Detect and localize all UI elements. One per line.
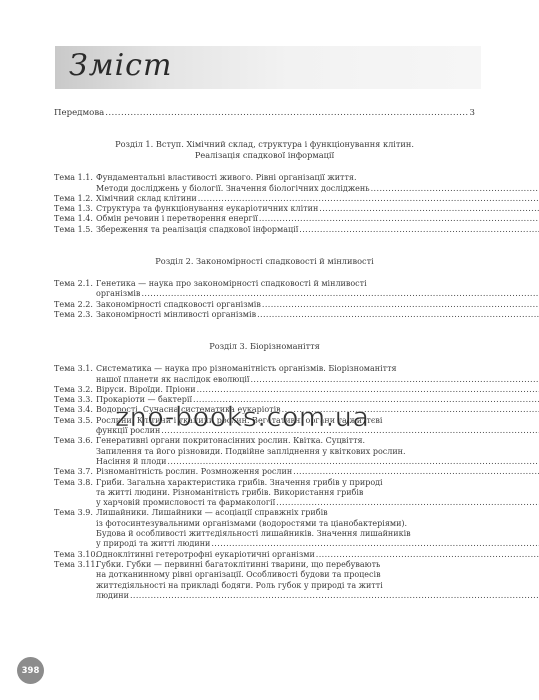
leader-dots bbox=[257, 310, 539, 320]
topic-title: Обмін речовин і перетворення енергії107 bbox=[96, 214, 539, 224]
topic-title-line: Гриби. Загальна характеристика грибів. З… bbox=[96, 478, 539, 488]
toc-entry-topic[interactable]: Тема 1.5.Збереження та реалізація спадко… bbox=[54, 225, 475, 235]
topic-title: Віруси. Віроїди. Пріони191 bbox=[96, 385, 539, 395]
topic-title: Генетика — наука про закономірності спад… bbox=[96, 279, 539, 300]
leader-dots bbox=[259, 214, 539, 224]
topic-title-line: Запилення та його різновиди. Подвійне за… bbox=[96, 447, 539, 457]
topic-number: Тема 1.4. bbox=[54, 214, 96, 224]
preface-page: 3 bbox=[470, 108, 475, 118]
toc-entry-topic[interactable]: Тема 3.8.Гриби. Загальна характеристика … bbox=[54, 478, 475, 509]
topic-title-last-line: Насіння й плоди207 bbox=[96, 457, 539, 467]
topic-number: Тема 3.2. bbox=[54, 385, 96, 395]
topic-title: Закономірності мінливості організмів155 bbox=[96, 310, 539, 320]
watermark: zno-books.com.ua bbox=[115, 402, 369, 433]
topic-title-line: у природі та житті людини bbox=[96, 539, 210, 549]
topic-title-last-line: Різноманітність рослин. Розмноження росл… bbox=[96, 467, 539, 477]
topic-number: Тема 1.1. bbox=[54, 173, 96, 194]
topic-title-line: Закономірності спадковості організмів bbox=[96, 300, 261, 310]
topic-title-last-line: Структура та функціонування еукаріотични… bbox=[96, 204, 539, 214]
toc-entry-topic[interactable]: Тема 1.2.Хімічний склад клітини18 bbox=[54, 194, 475, 204]
leader-dots bbox=[211, 539, 539, 549]
topic-title: Різноманітність рослин. Розмноження росл… bbox=[96, 467, 539, 477]
toc-entry-topic[interactable]: Тема 2.2.Закономірності спадковості орга… bbox=[54, 300, 475, 310]
leader-dots bbox=[316, 550, 539, 560]
topic-title-line: Структура та функціонування еукаріотични… bbox=[96, 204, 318, 214]
toc-entry-preface[interactable]: Передмова 3 bbox=[54, 108, 475, 118]
table-of-contents: Передмова 3 Розділ 1. Вступ. Хімічний ск… bbox=[54, 108, 475, 601]
topic-number: Тема 1.3. bbox=[54, 204, 96, 214]
topic-number: Тема 2.1. bbox=[54, 279, 96, 300]
topic-title-line: Генеративні органи покритонасінних росли… bbox=[96, 436, 539, 446]
topic-title-line: у харчовій промисловості та фармакології bbox=[96, 498, 275, 508]
topic-title-line: Хімічний склад клітини bbox=[96, 194, 197, 204]
leader-dots bbox=[198, 194, 539, 204]
topic-number: Тема 3.6. bbox=[54, 436, 96, 467]
toc-entry-topic[interactable]: Тема 1.4.Обмін речовин і перетворення ен… bbox=[54, 214, 475, 224]
leader-dots bbox=[197, 385, 539, 395]
leader-dots bbox=[250, 375, 539, 385]
leader-dots bbox=[262, 300, 539, 310]
topic-title: Збереження та реалізація спадкової інфор… bbox=[96, 225, 539, 235]
topic-number: Тема 3.8. bbox=[54, 478, 96, 509]
leader-dots bbox=[319, 204, 539, 214]
topic-title-last-line: у природі та житті людини229 bbox=[96, 539, 539, 549]
topic-number: Тема 3.10. bbox=[54, 550, 96, 560]
topic-title-line: Методи досліджень у біології. Значення б… bbox=[96, 184, 370, 194]
topic-title-last-line: Методи досліджень у біології. Значення б… bbox=[96, 184, 539, 194]
topic-title-line: Губки. Губки — первинні багатоклітинні т… bbox=[96, 560, 539, 570]
topic-title-line: нашої планети як наслідок еволюції bbox=[96, 375, 249, 385]
topic-title-last-line: у харчовій промисловості та фармакології… bbox=[96, 498, 539, 508]
toc-entry-topic[interactable]: Тема 3.1.Систематика — наука про різнома… bbox=[54, 364, 475, 385]
topic-number: Тема 3.7. bbox=[54, 467, 96, 477]
leader-dots bbox=[141, 289, 539, 299]
topic-number: Тема 3.3. bbox=[54, 395, 96, 405]
topic-title-last-line: Закономірності спадковості організмів143 bbox=[96, 300, 539, 310]
topic-title: Гриби. Загальна характеристика грибів. З… bbox=[96, 478, 539, 509]
topic-number: Тема 3.9. bbox=[54, 508, 96, 549]
section-heading-line: Реалізація спадкової інформації bbox=[54, 150, 475, 161]
topic-title-line: на дотканинному рівні організації. Особл… bbox=[96, 570, 539, 580]
leader-dots bbox=[293, 467, 539, 477]
topic-title-line: організмів bbox=[96, 289, 140, 299]
leader-dots bbox=[371, 184, 539, 194]
topic-title-last-line: Віруси. Віроїди. Пріони191 bbox=[96, 385, 539, 395]
topic-title-last-line: Збереження та реалізація спадкової інфор… bbox=[96, 225, 539, 235]
topic-number: Тема 3.11. bbox=[54, 560, 96, 601]
toc-entry-topic[interactable]: Тема 1.3.Структура та функціонування еук… bbox=[54, 204, 475, 214]
topic-title-last-line: нашої планети як наслідок еволюції190 bbox=[96, 375, 539, 385]
topic-title: Генеративні органи покритонасінних росли… bbox=[96, 436, 539, 467]
topic-title-line: життєдіяльності на прикладі бодяги. Роль… bbox=[96, 581, 539, 591]
topic-title-last-line: Одноклітинні гетеротрофні еукаріотичні о… bbox=[96, 550, 539, 560]
topic-title-last-line: Обмін речовин і перетворення енергії107 bbox=[96, 214, 539, 224]
toc-entry-topic[interactable]: Тема 3.10.Одноклітинні гетеротрофні еука… bbox=[54, 550, 475, 560]
toc-entry-topic[interactable]: Тема 1.1.Фундаментальні властивості живо… bbox=[54, 173, 475, 194]
leader-dots bbox=[276, 498, 539, 508]
topic-title-line: Фундаментальні властивості живого. Рівні… bbox=[96, 173, 539, 183]
topic-title: Закономірності спадковості організмів143 bbox=[96, 300, 539, 310]
section-heading: Розділ 1. Вступ. Хімічний склад, структу… bbox=[54, 139, 475, 161]
topic-title-last-line: Закономірності мінливості організмів155 bbox=[96, 310, 539, 320]
topic-number: Тема 1.2. bbox=[54, 194, 96, 204]
topic-title-line: Обмін речовин і перетворення енергії bbox=[96, 214, 258, 224]
topic-title-line: людини bbox=[96, 591, 129, 601]
leader-dots bbox=[299, 225, 539, 235]
leader-dots bbox=[167, 457, 539, 467]
topic-number: Тема 3.1. bbox=[54, 364, 96, 385]
topic-number: Тема 2.2. bbox=[54, 300, 96, 310]
section-heading: Розділ 3. Біорізноманіття bbox=[54, 341, 475, 352]
topic-title: Губки. Губки — первинні багатоклітинні т… bbox=[96, 560, 539, 601]
section-heading: Розділ 2. Закономірності спадковості й м… bbox=[54, 256, 475, 267]
toc-entry-topic[interactable]: Тема 3.9.Лишайники. Лишайники — асоціаці… bbox=[54, 508, 475, 549]
toc-entry-topic[interactable]: Тема 3.2.Віруси. Віроїди. Пріони191 bbox=[54, 385, 475, 395]
topic-title-line: із фотосинтезувальними організмами (водо… bbox=[96, 519, 539, 529]
preface-label: Передмова bbox=[54, 108, 104, 118]
topic-title: Лишайники. Лишайники — асоціації справжн… bbox=[96, 508, 539, 549]
topic-title-line: Одноклітинні гетеротрофні еукаріотичні о… bbox=[96, 550, 315, 560]
section-heading-line: Розділ 3. Біорізноманіття bbox=[54, 341, 475, 352]
topic-title-line: Різноманітність рослин. Розмноження росл… bbox=[96, 467, 292, 477]
toc-entry-topic[interactable]: Тема 2.3.Закономірності мінливості орган… bbox=[54, 310, 475, 320]
topic-number: Тема 3.4. bbox=[54, 405, 96, 415]
topic-title: Структура та функціонування еукаріотични… bbox=[96, 204, 539, 214]
leader-dots bbox=[130, 591, 539, 601]
topic-title-line: Насіння й плоди bbox=[96, 457, 166, 467]
topic-title-last-line: Хімічний склад клітини18 bbox=[96, 194, 539, 204]
section-heading-line: Розділ 2. Закономірності спадковості й м… bbox=[54, 256, 475, 267]
topic-title: Одноклітинні гетеротрофні еукаріотичні о… bbox=[96, 550, 539, 560]
topic-title-line: Лишайники. Лишайники — асоціації справжн… bbox=[96, 508, 539, 518]
topic-title: Хімічний склад клітини18 bbox=[96, 194, 539, 204]
topic-title-line: Віруси. Віроїди. Пріони bbox=[96, 385, 196, 395]
topic-title: Систематика — наука про різноманітність … bbox=[96, 364, 539, 385]
topic-title-line: Будова й особливості життєдіяльності лиш… bbox=[96, 529, 539, 539]
topic-title-line: Збереження та реалізація спадкової інфор… bbox=[96, 225, 298, 235]
topic-title-line: Закономірності мінливості організмів bbox=[96, 310, 256, 320]
toc-entry-topic[interactable]: Тема 3.11.Губки. Губки — первинні багато… bbox=[54, 560, 475, 601]
page-number-badge: 398 bbox=[17, 657, 44, 684]
topic-number: Тема 1.5. bbox=[54, 225, 96, 235]
topic-title-last-line: людини245 bbox=[96, 591, 539, 601]
leader-dots bbox=[105, 108, 468, 118]
topic-title-line: та житті людини. Різноманітність грибів.… bbox=[96, 488, 539, 498]
topic-title: Фундаментальні властивості живого. Рівні… bbox=[96, 173, 539, 194]
toc-entry-topic[interactable]: Тема 2.1.Генетика — наука про закономірн… bbox=[54, 279, 475, 300]
topic-number: Тема 2.3. bbox=[54, 310, 96, 320]
sections-container: Розділ 1. Вступ. Хімічний склад, структу… bbox=[54, 139, 475, 601]
title-banner: Зміст bbox=[55, 46, 481, 89]
page-title: Зміст bbox=[69, 48, 172, 83]
topic-title-line: Систематика — наука про різноманітність … bbox=[96, 364, 539, 374]
toc-entry-topic[interactable]: Тема 3.6.Генеративні органи покритонасін… bbox=[54, 436, 475, 467]
topic-number: Тема 3.5. bbox=[54, 416, 96, 437]
topic-title-last-line: організмів142 bbox=[96, 289, 539, 299]
section-heading-line: Розділ 1. Вступ. Хімічний склад, структу… bbox=[54, 139, 475, 150]
toc-entry-topic[interactable]: Тема 3.7.Різноманітність рослин. Розмнож… bbox=[54, 467, 475, 477]
topic-title-line: Генетика — наука про закономірності спад… bbox=[96, 279, 539, 289]
